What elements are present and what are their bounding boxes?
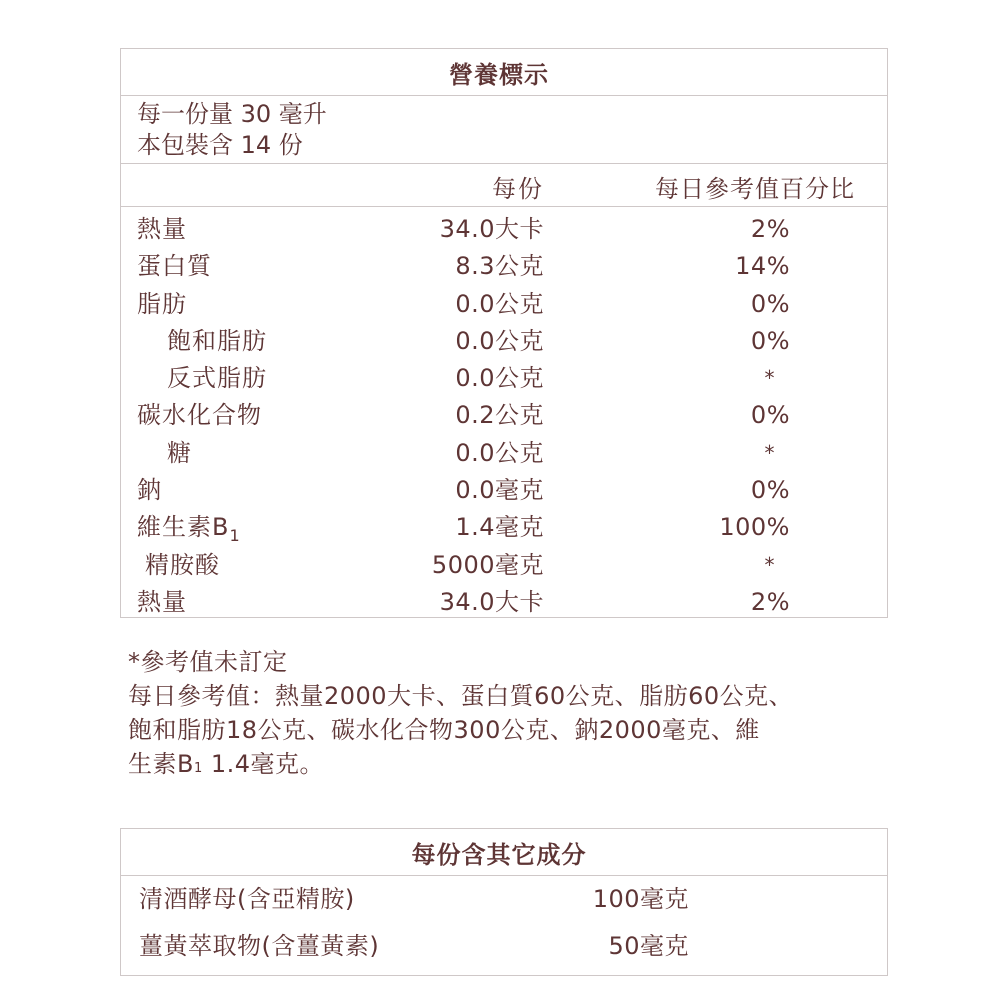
nutrient-name: 熱量 <box>137 584 187 621</box>
nutrient-row: 反式脂肪 0.0公克 * <box>121 360 887 397</box>
nutrient-name: 鈉 <box>137 472 162 509</box>
nutrient-dv: 0% <box>751 323 790 360</box>
nutrient-value: 1.4毫克 <box>455 509 544 546</box>
nutrient-dv: * <box>765 547 776 584</box>
footnote-text: 生素B <box>128 750 194 778</box>
ingredient-amount: 100毫克 <box>593 876 689 923</box>
nutrient-dv: * <box>765 435 776 472</box>
ingredient-row: 薑黃萃取物(含薑黃素) 50毫克 <box>121 923 887 970</box>
nutrient-value: 34.0大卡 <box>440 211 544 248</box>
nutrient-dv: 2% <box>751 584 790 621</box>
nutrient-row: 熱量 34.0大卡 2% <box>121 211 887 248</box>
nutrient-value: 34.0大卡 <box>440 584 544 621</box>
nutrient-name: 飽和脂肪 <box>167 323 267 360</box>
serving-info: 每一份量 30 毫升 本包裝含 14 份 <box>121 96 887 164</box>
nutrient-name-text: 維生素B <box>137 513 229 541</box>
footnote-subscript: 1 <box>194 761 203 776</box>
servings-per-package: 本包裝含 14 份 <box>137 130 887 161</box>
nutrient-value: 0.0公克 <box>455 360 544 397</box>
footnote-daily-values-1: 每日參考值：熱量2000大卡、蛋白質60公克、脂肪60公克、 <box>128 679 898 713</box>
nutrition-title: 營養標示 <box>121 49 887 96</box>
ingredient-row: 清酒酵母(含亞精胺) 100毫克 <box>121 876 887 923</box>
nutrient-dv: 0% <box>751 286 790 323</box>
nutrient-name: 脂肪 <box>137 286 187 323</box>
nutrient-name: 反式脂肪 <box>167 360 267 397</box>
nutrient-dv: * <box>765 360 776 397</box>
footnote-daily-values-2: 飽和脂肪18公克、碳水化合物300公克、鈉2000毫克、維 <box>128 713 898 747</box>
nutrient-row: 飽和脂肪 0.0公克 0% <box>121 323 887 360</box>
nutrient-value: 8.3公克 <box>455 248 544 285</box>
nutrient-row: 維生素B1 1.4毫克 100% <box>121 509 887 546</box>
ingredient-amount: 50毫克 <box>608 923 689 970</box>
nutrient-rows: 熱量 34.0大卡 2% 蛋白質 8.3公克 14% 脂肪 0.0公克 0% 飽… <box>121 207 887 621</box>
nutrient-value: 0.0公克 <box>455 286 544 323</box>
serving-size: 每一份量 30 毫升 <box>137 99 887 130</box>
nutrient-dv: 2% <box>751 211 790 248</box>
nutrient-row: 鈉 0.0毫克 0% <box>121 472 887 509</box>
nutrient-value: 5000毫克 <box>432 547 544 584</box>
other-ingredients-table: 每份含其它成分 清酒酵母(含亞精胺) 100毫克 薑黃萃取物(含薑黃素) 50毫… <box>120 828 888 976</box>
footnote-text: 1.4毫克。 <box>203 750 324 778</box>
footnotes: *參考值未訂定 每日參考值：熱量2000大卡、蛋白質60公克、脂肪60公克、 飽… <box>128 645 898 786</box>
column-header-daily-value: 每日參考值百分比 <box>655 169 855 204</box>
nutrient-name-subscript: 1 <box>229 526 240 545</box>
footnote-undefined-reference: *參考值未訂定 <box>128 645 898 679</box>
nutrient-row: 蛋白質 8.3公克 14% <box>121 248 887 285</box>
other-ingredients-title: 每份含其它成分 <box>121 829 887 876</box>
footnote-daily-values-3: 生素B1 1.4毫克。 <box>128 747 898 786</box>
nutrient-dv: 14% <box>735 248 790 285</box>
nutrient-dv: 0% <box>751 472 790 509</box>
nutrient-value: 0.2公克 <box>455 397 544 434</box>
nutrient-value: 0.0毫克 <box>455 472 544 509</box>
nutrition-facts-table: 營養標示 每一份量 30 毫升 本包裝含 14 份 每份 每日參考值百分比 熱量… <box>120 48 888 618</box>
nutrient-row: 糖 0.0公克 * <box>121 435 887 472</box>
nutrient-row: 脂肪 0.0公克 0% <box>121 286 887 323</box>
nutrient-row: 精胺酸 5000毫克 * <box>121 547 887 584</box>
nutrient-name: 糖 <box>167 435 192 472</box>
nutrient-name: 碳水化合物 <box>137 397 262 434</box>
nutrient-name: 維生素B1 <box>137 509 241 546</box>
nutrient-row: 碳水化合物 0.2公克 0% <box>121 397 887 434</box>
nutrient-name: 精胺酸 <box>145 547 220 584</box>
nutrient-name: 熱量 <box>137 211 187 248</box>
ingredient-name: 清酒酵母(含亞精胺) <box>139 876 355 923</box>
nutrient-value: 0.0公克 <box>455 435 544 472</box>
column-header-row: 每份 每日參考值百分比 <box>121 164 887 207</box>
nutrient-dv: 100% <box>719 509 790 546</box>
column-header-per-serving: 每份 <box>492 169 544 204</box>
nutrient-dv: 0% <box>751 397 790 434</box>
nutrient-name: 蛋白質 <box>137 248 212 285</box>
ingredient-name: 薑黃萃取物(含薑黃素) <box>139 923 379 970</box>
nutrient-row: 熱量 34.0大卡 2% <box>121 584 887 621</box>
nutrient-value: 0.0公克 <box>455 323 544 360</box>
